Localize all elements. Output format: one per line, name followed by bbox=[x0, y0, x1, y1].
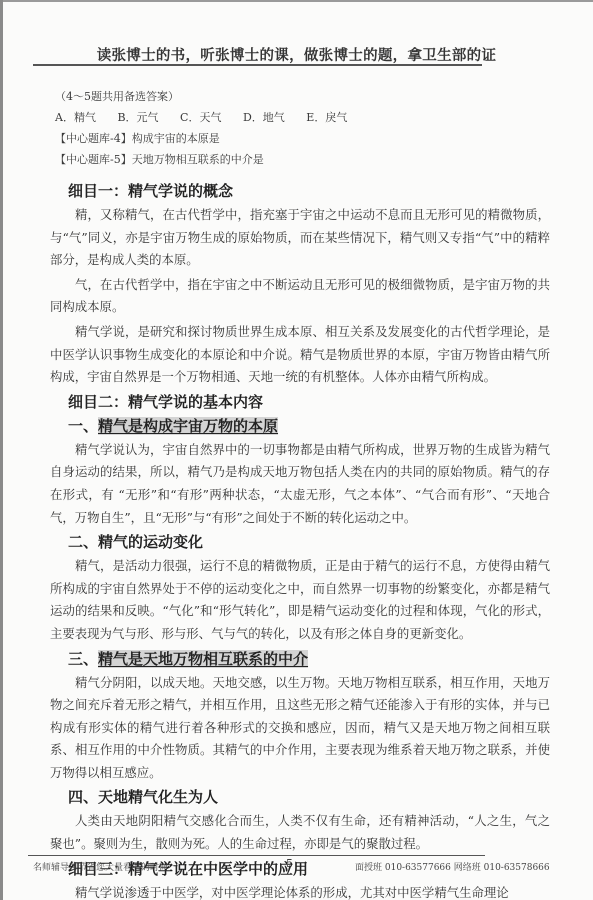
option-e: E．戾气 bbox=[306, 107, 347, 128]
option-b: B．元气 bbox=[117, 107, 158, 128]
paragraph: 精，又称精气，在古代哲学中，指充塞于宇宙之中运动不息而且无形可见的精微物质，与“… bbox=[50, 204, 550, 272]
question-block: （4～5题共用备选答案） A．精气 B．元气 C．天气 D．地气 E．戾气 【中… bbox=[55, 86, 365, 170]
heading-4: 四、天地精气化生为人 bbox=[68, 786, 550, 808]
heading-3-prefix: 三、 bbox=[68, 650, 98, 668]
question-item-5: 【中心题库-5】天地万物相互联系的中介是 bbox=[55, 149, 365, 170]
paragraph: 精气分阴阳，以成天地。天地交感，以生万物。天地万物相互联系，相互作用，天地万物之… bbox=[50, 672, 550, 785]
main-content: 细目一：精气学说的概念 精，又称精气，在古代哲学中，指充塞于宇宙之中运动不息而且… bbox=[50, 180, 550, 900]
question-item-4: 【中心题库-4】构成宇宙的本原是 bbox=[55, 128, 365, 149]
paragraph: 精气学说认为，宇宙自然界中的一切事物都是由精气所构成，世界万物的生成皆为精气自身… bbox=[50, 439, 550, 529]
page-number: 5 bbox=[286, 857, 293, 870]
page-header-title: 读张博士的书，听张博士的课，做张博士的题，拿卫生部的证 bbox=[0, 44, 593, 65]
heading-1-highlighted: 精气是构成宇宙万物的本原 bbox=[98, 417, 278, 435]
heading-3-highlighted: 精气是天地万物相互联系的中介 bbox=[98, 650, 308, 668]
heading-3: 三、精气是天地万物相互联系的中介 bbox=[68, 648, 550, 670]
section-2-title: 细目二：精气学说的基本内容 bbox=[68, 391, 550, 413]
paragraph: 精气学说渗透于中医学，对中医学理论体系的形成，尤其对中医学精气生命理论 bbox=[50, 882, 550, 900]
footer-slogan: 名师辅导可节省您大量看书的时间 bbox=[33, 860, 168, 873]
heading-1: 一、精气是构成宇宙万物的本原 bbox=[68, 415, 550, 437]
heading-2: 二、精气的运动变化 bbox=[68, 531, 550, 553]
page-edge-top bbox=[0, 0, 593, 2]
option-c: C．天气 bbox=[180, 107, 221, 128]
option-d: D．地气 bbox=[243, 107, 285, 128]
section-1-title: 细目一：精气学说的概念 bbox=[68, 180, 550, 202]
paragraph: 精气学说，是研究和探讨物质世界生成本原、相互关系及发展变化的古代哲学理论，是中医… bbox=[50, 321, 550, 389]
question-intro: （4～5题共用备选答案） bbox=[55, 86, 365, 107]
paragraph: 人类由天地阴阳精气交感化合而生，人类不仅有生命，还有精神活动，“人之生，气之聚也… bbox=[50, 810, 550, 855]
page-edge-left bbox=[0, 0, 3, 900]
header-rule bbox=[33, 64, 482, 66]
option-a: A．精气 bbox=[55, 107, 96, 128]
paragraph: 气，在古代哲学中，指在宇宙之中不断运动且无形可见的极细微物质，是宇宙万物的共同构… bbox=[50, 274, 550, 319]
answer-options: A．精气 B．元气 C．天气 D．地气 E．戾气 bbox=[55, 107, 365, 128]
footer-rule bbox=[28, 855, 485, 856]
footer-contact: 面授班 010-63577666 网络班 010-63578666 bbox=[355, 860, 550, 873]
paragraph: 精气，是活动力很强，运行不息的精微物质，正是由于精气的运行不息，方使得由精气所构… bbox=[50, 555, 550, 645]
heading-1-prefix: 一、 bbox=[68, 417, 98, 435]
